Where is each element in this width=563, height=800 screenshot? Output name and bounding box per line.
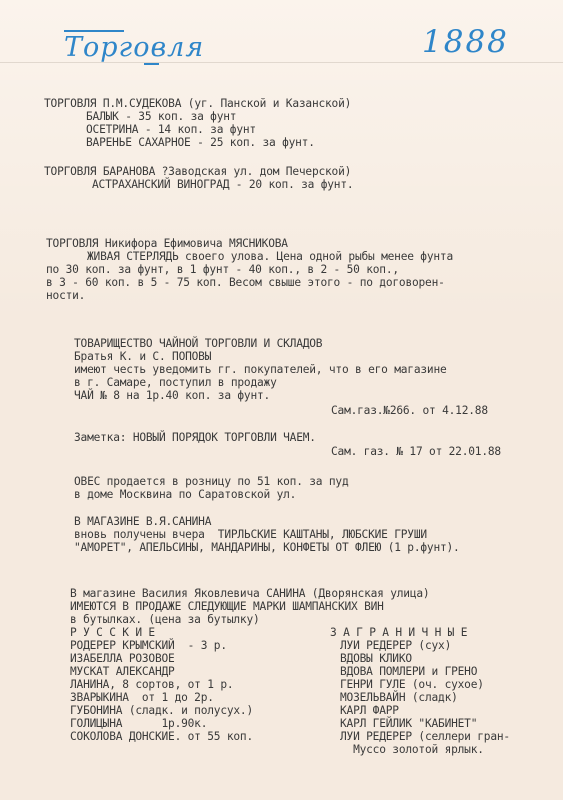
myasnikov-line: ЖИВАЯ СТЕРЛЯДЬ своего улова. Цена одной … [87, 250, 453, 263]
popov-source: Сам.газ.№266. от 4.12.88 [331, 404, 488, 417]
champagne-intro: ИМЕЮТСЯ В ПРОДАЖЕ СЛЕДУЮЩИЕ МАРКИ ШАМПАН… [70, 600, 384, 613]
handwritten-title: Торговля [64, 32, 204, 63]
popov-line: в г. Самаре, поступил в продажу [74, 376, 277, 389]
russian-wine: ГОЛИЦЫНА 1р.90к. [70, 717, 207, 730]
myasnikov-line: в 3 - 60 коп. в 5 - 75 коп. Весом свыше … [46, 276, 445, 289]
russian-wine: СОКОЛОВА ДОНСКИЕ. от 55 коп. [70, 730, 253, 743]
foreign-wine: КАРЛ ГЕЙЛИК "КАБИНЕТ" [340, 717, 477, 730]
note-text: Заметка: НОВЫЙ ПОРЯДОК ТОРГОВЛИ ЧАЕМ. [74, 431, 316, 444]
foreign-header: З А Г Р А Н И Ч Н Ы Е [330, 626, 467, 639]
sudekov-heading: ТОРГОВЛЯ П.М.СУДЕКОВА (уг. Панской и Каз… [44, 97, 351, 110]
baranov-heading: ТОРГОВЛЯ БАРАНОВА ?Заводская ул. дом Печ… [44, 165, 351, 178]
myasnikov-line: ности. [46, 289, 85, 302]
russian-wine: ЛАНИНА, 8 сортов, от 1 р. [70, 678, 233, 691]
myasnikov-heading: ТОРГОВЛЯ Никифора Ефимовича МЯСНИКОВА [46, 237, 288, 250]
sanin-shop-line: В МАГАЗИНЕ В.Я.САНИНА [74, 515, 211, 528]
foreign-wine: ЛУИ РЕДЕРЕР (сух) [340, 639, 451, 652]
sanin-shop-line: "АМОРЕТ", АПЕЛЬСИНЫ, МАНДАРИНЫ, КОНФЕТЫ … [74, 541, 460, 554]
popov-line: ТОВАРИЩЕСТВО ЧАЙНОЙ ТОРГОВЛИ И СКЛАДОВ [74, 337, 322, 350]
popov-line: ЧАЙ № 8 на 1р.40 коп. за фунт. [74, 389, 270, 402]
note-source: Сам. газ. № 17 от 22.01.88 [331, 445, 501, 458]
russian-wine: ГУБОНИНА (сладк. и полусух.) [70, 704, 253, 717]
popov-line: имеют честь уведомить гг. покупателей, ч… [74, 363, 447, 376]
handwritten-year: 1888 [422, 24, 509, 60]
popov-line: Братья К. и С. ПОПОВЫ [74, 350, 211, 363]
foreign-wine: ВДОВА ПОМЛЕРИ и ГРЕНО [340, 665, 477, 678]
russian-wine: РОДЕРЕР КРЫМСКИЙ - 3 р. [70, 639, 227, 652]
sanin-shop-line: вновь получены вчера ТИРЛЬСКИЕ КАШТАНЫ, … [74, 528, 427, 541]
document-page: Торговля 1888 ТОРГОВЛЯ П.М.СУДЕКОВА (уг.… [0, 0, 563, 800]
oats-line: в доме Москвина по Саратовской ул. [74, 488, 296, 501]
baranov-item: АСТРАХАНСКИЙ ВИНОГРАД - 20 коп. за фунт. [92, 178, 353, 191]
russian-wine: МУСКАТ АЛЕКСАНДР [70, 665, 175, 678]
foreign-wine: ВДОВЫ КЛИКО [340, 652, 412, 665]
foreign-wine: ЛУИ РЕДЕРЕР (селлери гран- [340, 730, 510, 743]
foreign-wine: ГЕНРИ ГУЛЕ (оч. сухое) [340, 678, 484, 691]
russian-header: Р У С С К И Е [70, 626, 155, 639]
sudekov-item: БАЛЫК - 35 коп. за фунт [86, 110, 236, 123]
russian-wine: ЗВАРЫКИНА от 1 до 2р. [70, 691, 214, 704]
russian-wine: ИЗАБЕЛЛА РОЗОВОЕ [70, 652, 175, 665]
champagne-intro: В магазине Василия Яковлевича САНИНА (Дв… [70, 587, 429, 600]
foreign-wine: МОЗЕЛЬВАЙН (сладк) [340, 691, 458, 704]
champagne-intro: в бутылках. (цена за бутылку) [70, 613, 260, 626]
oats-line: ОВЕС продается в розницу по 51 коп. за п… [74, 475, 349, 488]
sudekov-item: ВАРЕНЬЕ САХАРНОЕ - 25 коп. за фунт. [86, 136, 315, 149]
myasnikov-line: по 30 коп. за фунт, в 1 фунт - 40 коп., … [46, 263, 399, 276]
sudekov-item: ОСЕТРИНА - 14 коп. за фунт [86, 123, 256, 136]
foreign-wine: Муссо золотой ярлык. [340, 743, 484, 756]
foreign-wine: КАРЛ ФАРР [340, 704, 399, 717]
